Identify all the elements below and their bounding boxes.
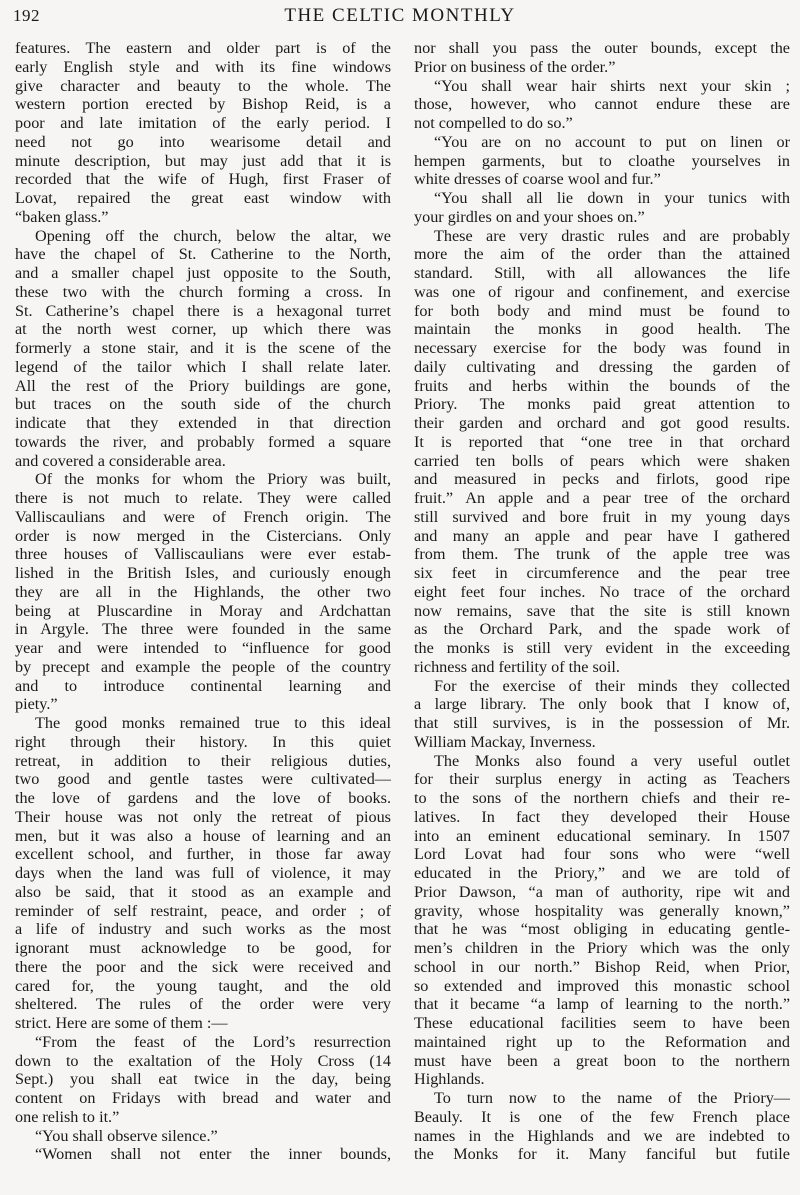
text-line: “You shall observe silence.”	[15, 1127, 391, 1146]
text-line: hempen garments, but to cloathe yourselv…	[414, 152, 790, 171]
text-line: legend of the tailor which I shall relat…	[15, 358, 391, 377]
text-line: indicate that they extended in that dire…	[15, 414, 391, 433]
text-line: William Mackay, Inverness.	[414, 733, 790, 752]
text-line: richness and fertility of the soil.	[414, 658, 790, 677]
text-line: latives. In fact they developed their Ho…	[414, 808, 790, 827]
text-line: in Argyle. The three were founded in the…	[15, 620, 391, 639]
text-line: must have been a great boon to the north…	[414, 1052, 790, 1071]
text-line: features. The eastern and older part is …	[15, 39, 391, 58]
text-line: give character and beauty to the whole. …	[15, 77, 391, 96]
text-line: eight feet four inches. No trace of the …	[414, 583, 790, 602]
text-line: It is reported that “one tree in that or…	[414, 433, 790, 452]
text-line: but traces on the south side of the chur…	[15, 395, 391, 414]
text-line: have the chapel of St. Catherine to the …	[15, 245, 391, 264]
text-line: two good and gentle tastes were cultivat…	[15, 770, 391, 789]
text-line: men’s children in the Priory which was t…	[414, 939, 790, 958]
text-line: a life of industry and such works as the…	[15, 920, 391, 939]
text-line: white dresses of coarse wool and fur.”	[414, 170, 790, 189]
text-line: For the exercise of their minds they col…	[414, 677, 790, 696]
text-line: necessary exercise for the body was foun…	[414, 339, 790, 358]
text-line: cared for, the young taught, and the old	[15, 977, 391, 996]
text-line: that he was “most obliging in educating …	[414, 920, 790, 939]
text-line: “You are on no account to put on linen o…	[414, 133, 790, 152]
text-line: These educational facilities seem to hav…	[414, 1014, 790, 1033]
text-line: to the sons of the northern chiefs and t…	[414, 789, 790, 808]
text-line: These are very drastic rules and are pro…	[414, 227, 790, 246]
text-line: their garden and orchard and got good re…	[414, 414, 790, 433]
text-line: gravity, whose hospitality was generally…	[414, 902, 790, 921]
text-line: the monks is still very evident in the e…	[414, 639, 790, 658]
text-line: maintained right up to the Reformation a…	[414, 1033, 790, 1052]
text-line: those, however, who cannot endure these …	[414, 95, 790, 114]
text-line: “From the feast of the Lord’s resurrecti…	[15, 1033, 391, 1052]
text-line: maintain the monks in good health. The	[414, 320, 790, 339]
text-line: these two with the church forming a cros…	[15, 283, 391, 302]
text-line: Highlands.	[414, 1070, 790, 1089]
text-line: being at Pluscardine in Moray and Ardcha…	[15, 602, 391, 621]
page-header: 192 THE CELTIC MONTHLY	[0, 0, 800, 36]
text-line: nor shall you pass the outer bounds, exc…	[414, 39, 790, 58]
text-line: that it became “a lamp of learning to th…	[414, 995, 790, 1014]
text-line: western portion erected by Bishop Reid, …	[15, 95, 391, 114]
text-line: there the poor and the sick were receive…	[15, 958, 391, 977]
text-line: your girdles on and your shoes on.”	[414, 208, 790, 227]
text-line: recorded that the wife of Hugh, first Fr…	[15, 170, 391, 189]
text-line: All the rest of the Priory buildings are…	[15, 377, 391, 396]
text-line: now remains, save that the site is still…	[414, 602, 790, 621]
text-line: Lovat, repaired the great east window wi…	[15, 189, 391, 208]
text-line: Prior on business of the order.”	[414, 58, 790, 77]
text-line: towards the river, and probably formed a…	[15, 433, 391, 452]
text-line: Prior Dawson, “a man of authority, ripe …	[414, 883, 790, 902]
text-line: names in the Highlands and we are indebt…	[414, 1127, 790, 1146]
text-line: not compelled to do so.”	[414, 114, 790, 133]
text-line: need not go into wearisome detail and	[15, 133, 391, 152]
text-line: “baken glass.”	[15, 208, 391, 227]
text-line: educated in the Priory,” and we are told…	[414, 864, 790, 883]
text-line: at the north west corner, up which there…	[15, 320, 391, 339]
text-line: sheltered. The rules of the order were v…	[15, 995, 391, 1014]
text-line: fruits and herbs within the bounds of th…	[414, 377, 790, 396]
text-line: ignorant must acknowledge to be good, fo…	[15, 939, 391, 958]
text-line: right through their history. In this qui…	[15, 733, 391, 752]
text-line: retreat, in addition to their religious …	[15, 752, 391, 771]
text-line: school in our north.” Bishop Reid, when …	[414, 958, 790, 977]
text-line: down to the exaltation of the Holy Cross…	[15, 1052, 391, 1071]
text-line: there is not much to relate. They were c…	[15, 489, 391, 508]
text-line: Their house was not only the retreat of …	[15, 808, 391, 827]
text-line: and many an apple and pear have I gather…	[414, 527, 790, 546]
text-line: they are all in the Highlands, the other…	[15, 583, 391, 602]
text-line: into an eminent educational seminary. In…	[414, 827, 790, 846]
text-line: as the Orchard Park, and the spade work …	[414, 620, 790, 639]
text-line: To turn now to the name of the Priory—	[414, 1089, 790, 1108]
text-line: and to introduce continental learning an…	[15, 677, 391, 696]
text-line: more the aim of the order than the attai…	[414, 245, 790, 264]
text-line: Opening off the church, below the altar,…	[15, 227, 391, 246]
text-line: days when the land was full of violence,…	[15, 864, 391, 883]
text-line: and covered a considerable area.	[15, 452, 391, 471]
text-line: for their surplus energy in acting as Te…	[414, 770, 790, 789]
text-line: three houses of Valliscaulians were ever…	[15, 545, 391, 564]
text-line: content on Fridays with bread and water …	[15, 1089, 391, 1108]
text-line: lished in the British Isles, and curious…	[15, 564, 391, 583]
text-line: poor and late imitation of the early per…	[15, 114, 391, 133]
text-line: Of the monks for whom the Priory was bui…	[15, 470, 391, 489]
text-line: minute description, but may just add tha…	[15, 152, 391, 171]
text-line: for both body and mind must be found to	[414, 302, 790, 321]
text-line: early English style and with its fine wi…	[15, 58, 391, 77]
text-line: the Monks for it. Many fanciful but futi…	[414, 1145, 790, 1164]
text-line: “Women shall not enter the inner bounds,	[15, 1145, 391, 1164]
text-line: from them. The trunk of the apple tree w…	[414, 545, 790, 564]
text-line: year and were intended to “influence for…	[15, 639, 391, 658]
text-line: one relish to it.”	[15, 1108, 391, 1127]
text-line: “You shall wear hair shirts next your sk…	[414, 77, 790, 96]
text-line: men, but it was also a house of learning…	[15, 827, 391, 846]
text-line: The good monks remained true to this ide…	[15, 714, 391, 733]
text-line: carried ten bolls of pears which were sh…	[414, 452, 790, 471]
text-line: that still survives, is in the possessio…	[414, 714, 790, 733]
text-line: Beauly. It is one of the few French plac…	[414, 1108, 790, 1127]
text-line: Valliscaulians and were of French origin…	[15, 508, 391, 527]
text-line: formerly a stone stair, and it is the sc…	[15, 339, 391, 358]
text-line: and measured in pecks and firlots, good …	[414, 470, 790, 489]
text-line: excellent school, and further, in those …	[15, 845, 391, 864]
text-line: still survived and bore fruit in my youn…	[414, 508, 790, 527]
text-line: daily cultivating and dressing the garde…	[414, 358, 790, 377]
text-line: piety.”	[15, 695, 391, 714]
right-column: nor shall you pass the outer bounds, exc…	[414, 39, 790, 1164]
text-line: St. Catherine’s chapel there is a hexago…	[15, 302, 391, 321]
text-line: also be said, that it stood as an exampl…	[15, 883, 391, 902]
text-line: and a smaller chapel just opposite to th…	[15, 264, 391, 283]
text-line: was one of rigour and confinement, and e…	[414, 283, 790, 302]
text-line: Sept.) you shall eat twice in the day, b…	[15, 1070, 391, 1089]
text-line: The Monks also found a very useful outle…	[414, 752, 790, 771]
text-line: the love of gardens and the love of book…	[15, 789, 391, 808]
text-line: Lord Lovat had four sons who were “well	[414, 845, 790, 864]
text-line: by precept and example the people of the…	[15, 658, 391, 677]
text-line: order is now merged in the Cistercians. …	[15, 527, 391, 546]
text-line: fruit.” An apple and a pear tree of the …	[414, 489, 790, 508]
text-line: standard. Still, with all allowances the…	[414, 264, 790, 283]
text-line: reminder of self restraint, peace, and o…	[15, 902, 391, 921]
text-line: strict. Here are some of them :—	[15, 1014, 391, 1033]
left-column: features. The eastern and older part is …	[15, 39, 391, 1164]
text-line: so extended and improved this monastic s…	[414, 977, 790, 996]
text-line: “You shall all lie down in your tunics w…	[414, 189, 790, 208]
running-title: THE CELTIC MONTHLY	[0, 5, 800, 27]
text-line: Priory. The monks paid great attention t…	[414, 395, 790, 414]
text-line: a large library. The only book that I kn…	[414, 695, 790, 714]
text-line: six feet in circumference and the pear t…	[414, 564, 790, 583]
